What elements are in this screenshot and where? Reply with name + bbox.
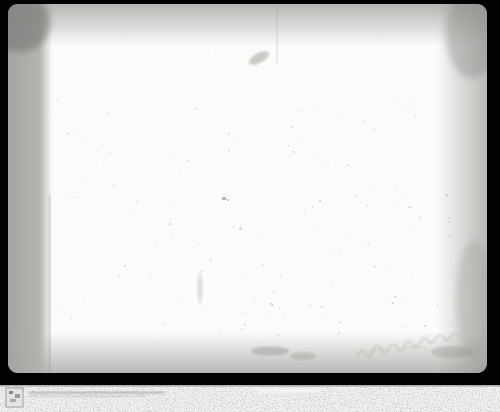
smudge-lower-left xyxy=(197,273,202,303)
top-crease-line xyxy=(276,5,277,63)
footer-logo xyxy=(6,388,23,407)
top-edge-grain xyxy=(8,4,487,48)
footer-light-smear xyxy=(258,389,320,394)
footer-strip xyxy=(0,385,500,412)
book-cover xyxy=(0,0,498,373)
scanned-page-image xyxy=(0,0,500,412)
smudge-bottom-3 xyxy=(431,346,473,358)
right-edge-grain xyxy=(436,4,487,373)
smudge-bottom-1 xyxy=(251,347,289,356)
smudge-bottom-2 xyxy=(290,352,316,360)
bottom-edge-grain xyxy=(8,332,487,373)
footer-top-rule xyxy=(0,385,500,387)
footer-grain xyxy=(0,385,500,412)
scan-canvas xyxy=(0,0,500,412)
page-grain xyxy=(8,4,487,373)
spine-crease-line xyxy=(49,195,50,373)
spine-grain xyxy=(8,4,52,373)
